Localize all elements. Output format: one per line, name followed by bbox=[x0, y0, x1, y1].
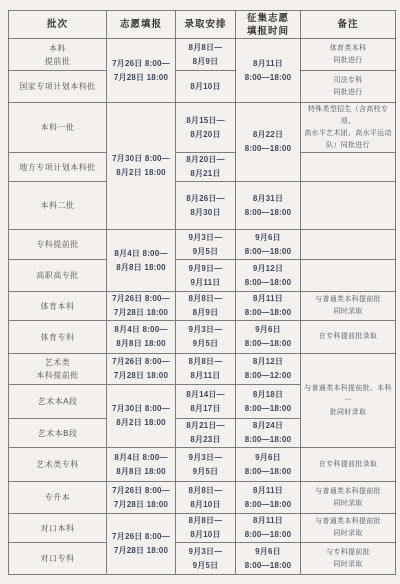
remark-cell: 司法专科 同批进行 bbox=[301, 71, 396, 103]
collect-time-cell: 8月24日 8:00—18:00 bbox=[236, 419, 301, 448]
batch-cell: 专科提前批 bbox=[9, 230, 107, 260]
table-row: 高职高专批 9月9日— 9月11日 9月12日 8:00—18:00 bbox=[9, 260, 396, 292]
admission-date-cell: 8月8日— 8月10日 bbox=[176, 514, 236, 543]
table-row: 国家专项计划本科批 8月10日 司法专科 同批进行 bbox=[9, 71, 396, 103]
collect-time-cell: 9月6日 8:00—18:00 bbox=[236, 230, 301, 260]
remark-cell-empty bbox=[301, 260, 396, 292]
admission-date-cell: 8月14日— 8月17日 bbox=[176, 385, 236, 419]
collect-time-cell: 9月6日 8:00—18:00 bbox=[236, 321, 301, 354]
header-admission: 录取安排 bbox=[176, 11, 236, 39]
batch-cell: 体育本科 bbox=[9, 292, 107, 321]
fill-date-cell: 7月30日 8:00— 8月2日 18:00 bbox=[107, 385, 176, 448]
admission-date-cell: 8月20日— 8月21日 bbox=[176, 153, 236, 182]
fill-date-cell: 7月30日 8:00— 8月2日 18:00 bbox=[107, 103, 176, 230]
table-row: 本科 提前批 7月26日 8:00— 7月28日 18:00 8月8日— 8月9… bbox=[9, 39, 396, 71]
remark-cell-empty bbox=[301, 182, 396, 230]
batch-cell: 国家专项计划本科批 bbox=[9, 71, 107, 103]
header-row: 批次 志愿填报 录取安排 征集志愿 填报时间 备注 bbox=[9, 11, 396, 39]
table-row: 对口本科 7月26日 8:00— 7月28日 18:00 8月8日— 8月10日… bbox=[9, 514, 396, 543]
batch-cell: 本科二批 bbox=[9, 182, 107, 230]
fill-date-cell: 7月26日 8:00— 7月28日 18:00 bbox=[107, 482, 176, 514]
table-row: 体育专科 8月4日 8:00— 8月8日 18:00 9月3日— 9月5日 9月… bbox=[9, 321, 396, 354]
remark-cell: 在专科提前批录取 bbox=[301, 448, 396, 482]
batch-cell: 体育专科 bbox=[9, 321, 107, 354]
fill-date-cell: 7月26日 8:00— 7月28日 18:00 bbox=[107, 292, 176, 321]
remark-cell: 与专科提前批 同时录取 bbox=[301, 543, 396, 575]
remark-cell: 与普通类本科提前批、本科一 批同时录取 bbox=[301, 354, 396, 448]
collect-time-cell: 8月12日 8:00—12:00 bbox=[236, 354, 301, 385]
admission-date-cell: 8月15日— 8月20日 bbox=[176, 103, 236, 153]
table-row: 对口专科 9月3日— 9月5日 9月6日 8:00—18:00 与专科提前批 同… bbox=[9, 543, 396, 575]
header-collect: 征集志愿 填报时间 bbox=[236, 11, 301, 39]
admission-date-cell: 8月26日— 8月30日 bbox=[176, 182, 236, 230]
table-row: 本科一批 7月30日 8:00— 8月2日 18:00 8月15日— 8月20日… bbox=[9, 103, 396, 153]
table-row: 地方专项计划本科批 8月20日— 8月21日 bbox=[9, 153, 396, 182]
admission-date-cell: 9月3日— 9月5日 bbox=[176, 230, 236, 260]
remark-cell: 与普通类本科提前批 同时录取 bbox=[301, 514, 396, 543]
fill-date-cell: 7月26日 8:00— 7月28日 18:00 bbox=[107, 354, 176, 385]
batch-cell: 艺术本A段 bbox=[9, 385, 107, 419]
table-row: 专升本 7月26日 8:00— 7月28日 18:00 8月8日— 8月10日 … bbox=[9, 482, 396, 514]
header-fill: 志愿填报 bbox=[107, 11, 176, 39]
fill-date-cell: 7月26日 8:00— 7月28日 18:00 bbox=[107, 514, 176, 575]
batch-cell: 专升本 bbox=[9, 482, 107, 514]
remark-cell: 与普通类本科提前批 同时录取 bbox=[301, 292, 396, 321]
admission-date-cell: 8月8日— 8月11日 bbox=[176, 354, 236, 385]
admission-date-cell: 8月8日— 8月10日 bbox=[176, 482, 236, 514]
admission-date-cell: 8月8日— 8月9日 bbox=[176, 39, 236, 71]
collect-time-cell: 8月11日 8:00—18:00 bbox=[236, 39, 301, 103]
fill-date-cell: 8月4日 8:00— 8月8日 18:00 bbox=[107, 321, 176, 354]
remark-cell: 体育类本科 同批进行 bbox=[301, 39, 396, 71]
batch-cell: 地方专项计划本科批 bbox=[9, 153, 107, 182]
fill-date-cell: 8月4日 8:00— 8月8日 18:00 bbox=[107, 448, 176, 482]
batch-cell: 对口专科 bbox=[9, 543, 107, 575]
fill-date-cell: 8月4日 8:00— 8月8日 18:00 bbox=[107, 230, 176, 292]
collect-time-cell: 8月11日 8:00—18:00 bbox=[236, 514, 301, 543]
remark-cell-empty bbox=[301, 230, 396, 260]
admission-date-cell: 9月3日— 9月5日 bbox=[176, 543, 236, 575]
page: 批次 志愿填报 录取安排 征集志愿 填报时间 备注 本科 提前批 7月26日 8… bbox=[0, 0, 400, 584]
collect-time-cell: 8月18日 8:00—18:00 bbox=[236, 385, 301, 419]
header-remark: 备注 bbox=[301, 11, 396, 39]
admission-date-cell: 8月10日 bbox=[176, 71, 236, 103]
collect-time-cell: 8月22日 8:00—18:00 bbox=[236, 103, 301, 182]
collect-time-cell: 9月6日 8:00—18:00 bbox=[236, 448, 301, 482]
table-row: 本科二批 8月26日— 8月30日 8月31日 8:00—18:00 bbox=[9, 182, 396, 230]
collect-time-cell: 9月12日 8:00—18:00 bbox=[236, 260, 301, 292]
admission-date-cell: 8月8日— 8月9日 bbox=[176, 292, 236, 321]
batch-cell: 高职高专批 bbox=[9, 260, 107, 292]
batch-cell: 本科一批 bbox=[9, 103, 107, 153]
collect-time-cell: 9月6日 8:00—18:00 bbox=[236, 543, 301, 575]
fill-date-cell: 7月26日 8:00— 7月28日 18:00 bbox=[107, 39, 176, 103]
header-batch: 批次 bbox=[9, 11, 107, 39]
admission-date-cell: 9月3日— 9月5日 bbox=[176, 321, 236, 354]
remark-cell: 在专科提前批录取 bbox=[301, 321, 396, 354]
batch-cell: 对口本科 bbox=[9, 514, 107, 543]
admission-schedule-table: 批次 志愿填报 录取安排 征集志愿 填报时间 备注 本科 提前批 7月26日 8… bbox=[8, 10, 396, 575]
batch-cell: 艺术类专科 bbox=[9, 448, 107, 482]
table-row: 体育本科 7月26日 8:00— 7月28日 18:00 8月8日— 8月9日 … bbox=[9, 292, 396, 321]
collect-time-cell: 8月31日 8:00—18:00 bbox=[236, 182, 301, 230]
admission-date-cell: 8月21日— 8月23日 bbox=[176, 419, 236, 448]
table-row: 艺术类 本科提前批 7月26日 8:00— 7月28日 18:00 8月8日— … bbox=[9, 354, 396, 385]
collect-time-cell: 8月11日 8:00—18:00 bbox=[236, 292, 301, 321]
batch-cell: 艺术本B段 bbox=[9, 419, 107, 448]
collect-time-cell: 8月11日 8:00—18:00 bbox=[236, 482, 301, 514]
batch-cell: 本科 提前批 bbox=[9, 39, 107, 71]
admission-date-cell: 9月3日— 9月5日 bbox=[176, 448, 236, 482]
remark-cell-empty bbox=[301, 153, 396, 182]
table-row: 艺术类专科 8月4日 8:00— 8月8日 18:00 9月3日— 9月5日 9… bbox=[9, 448, 396, 482]
remark-cell: 与普通类本科提前批 同时录取 bbox=[301, 482, 396, 514]
batch-cell: 艺术类 本科提前批 bbox=[9, 354, 107, 385]
admission-date-cell: 9月9日— 9月11日 bbox=[176, 260, 236, 292]
table-row: 专科提前批 8月4日 8:00— 8月8日 18:00 9月3日— 9月5日 9… bbox=[9, 230, 396, 260]
remark-cell: 特殊类型招生（含高校专项、 高水平艺术团、高水平运动 队）同批进行 bbox=[301, 103, 396, 153]
